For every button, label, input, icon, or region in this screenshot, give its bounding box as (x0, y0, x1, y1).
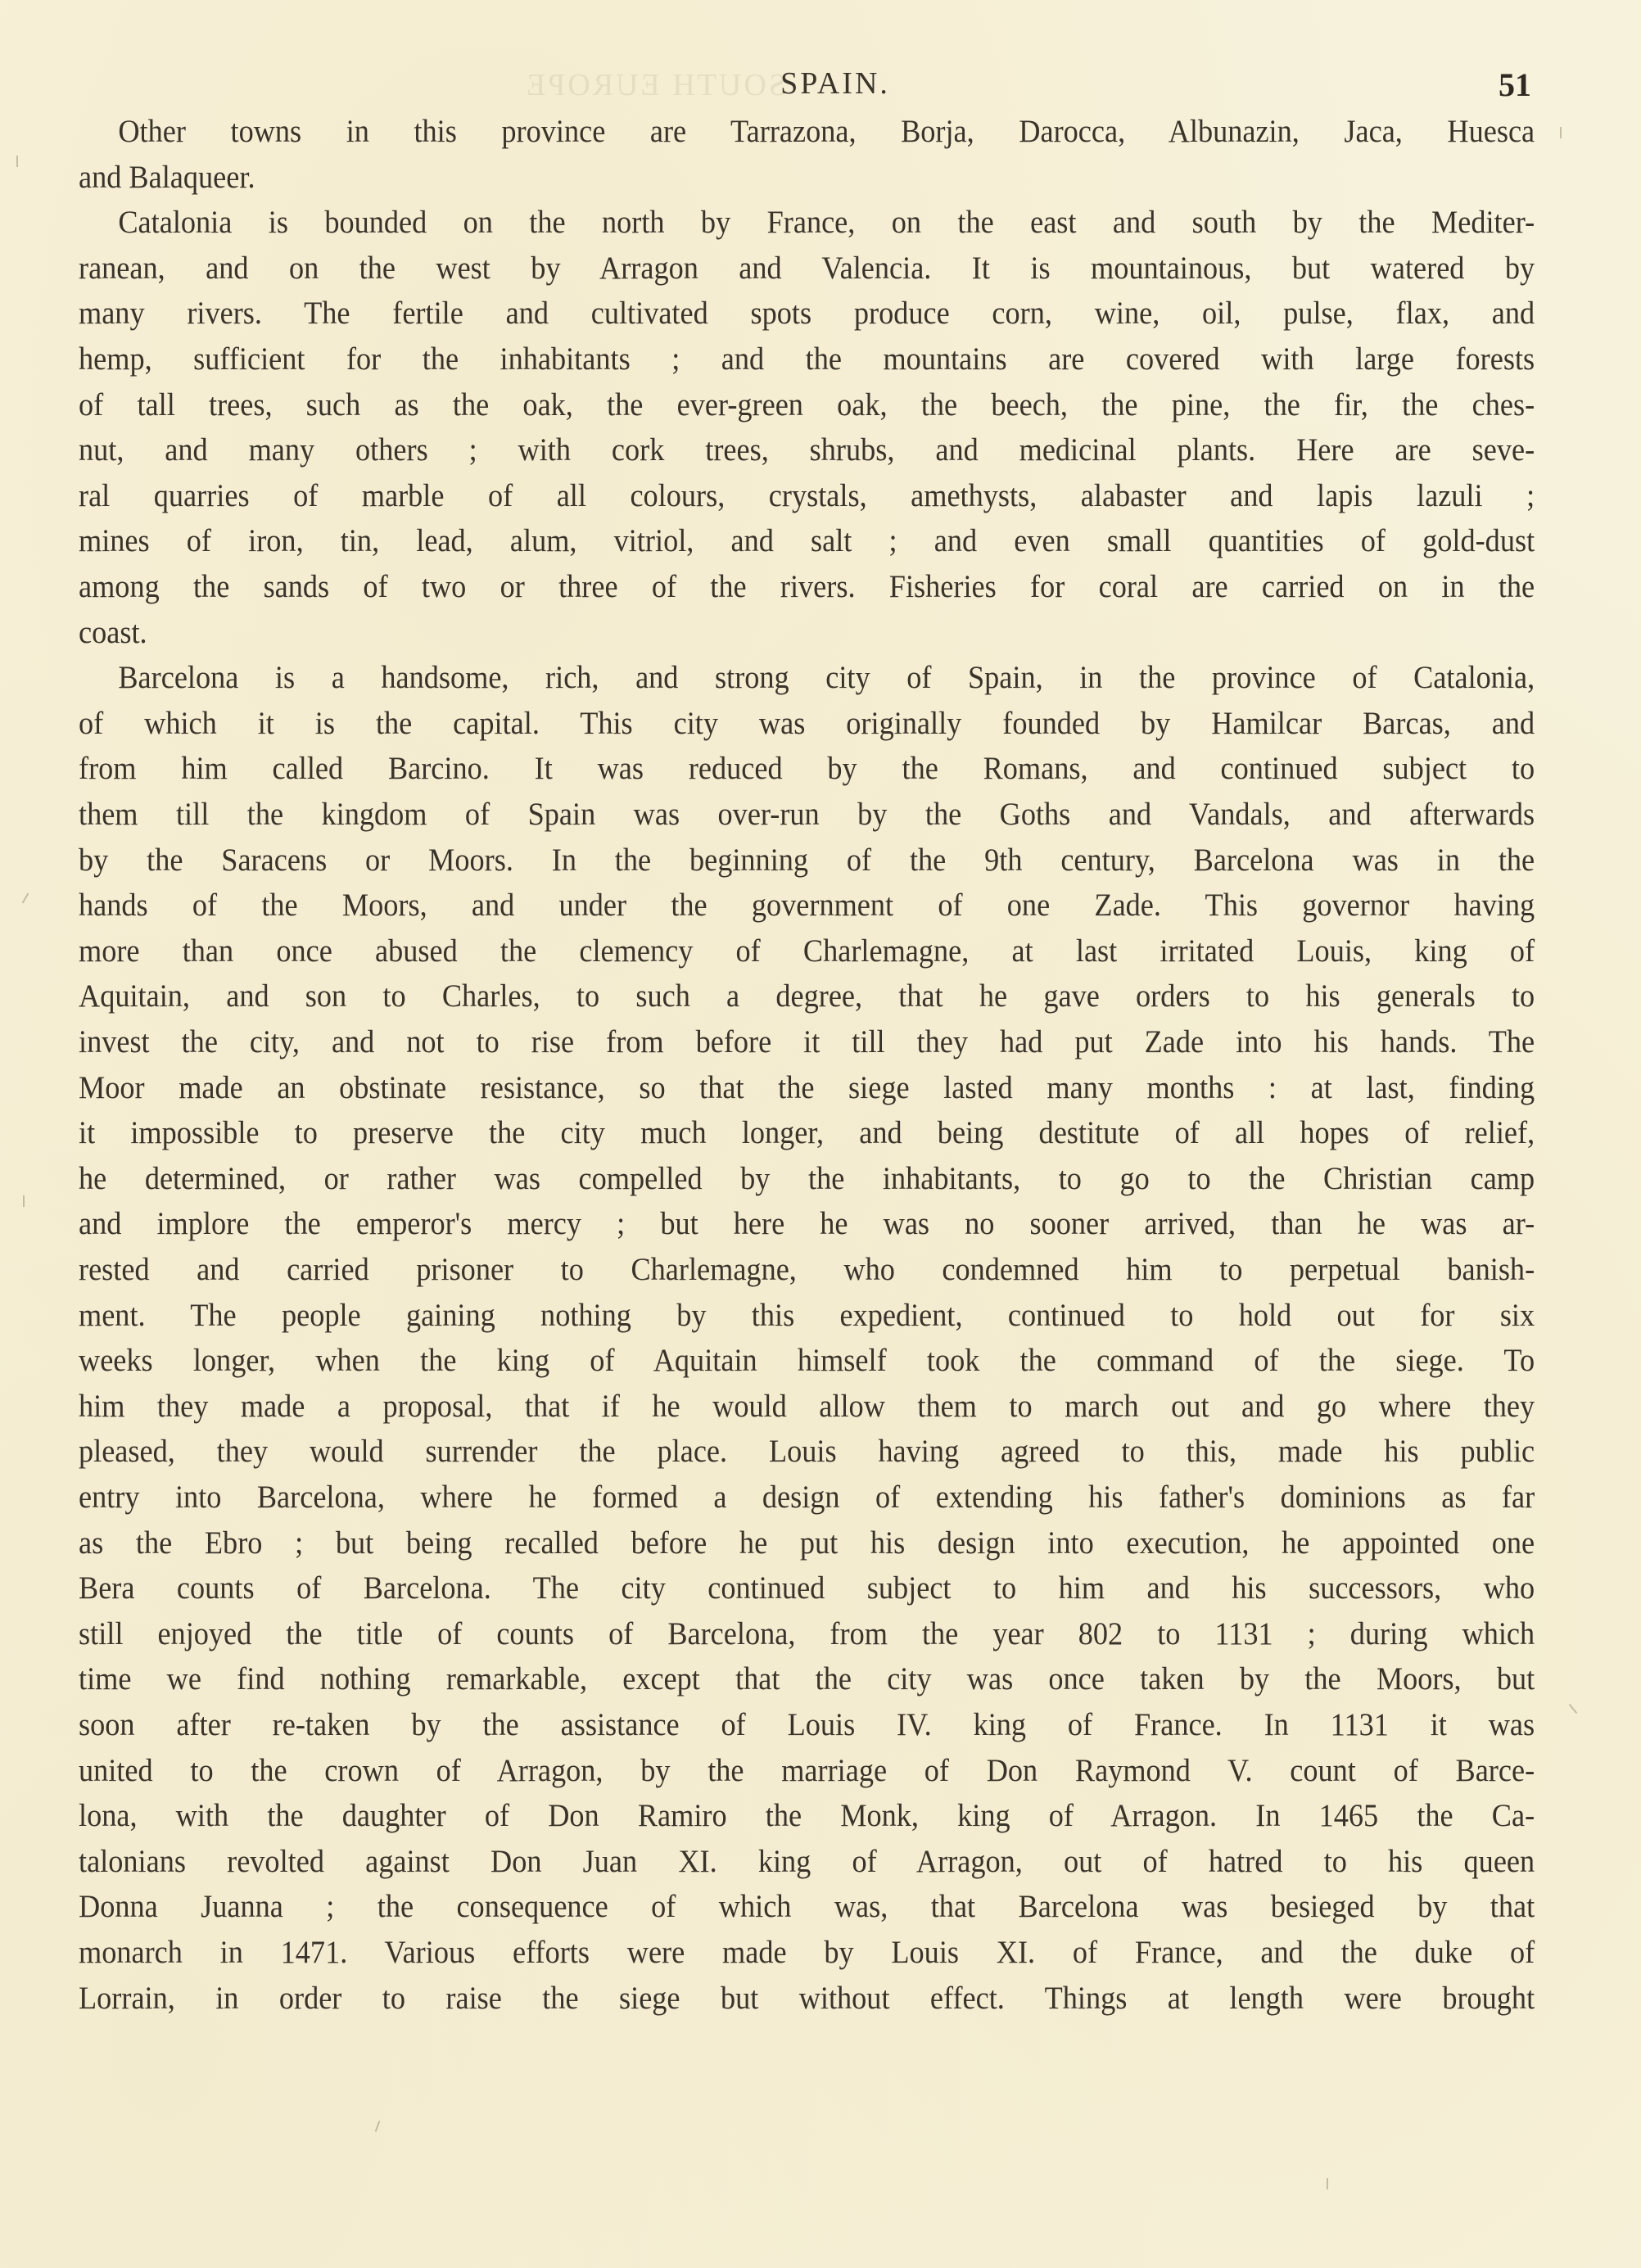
text-line: from him called Barcino. It was reduced … (79, 748, 1535, 790)
paper-speck (23, 1195, 25, 1207)
paper-speck (1327, 2178, 1328, 2189)
text-line: rested and carried prisoner to Charlemag… (79, 1249, 1535, 1291)
text-line: lona, with the daughter of Don Ramiro th… (79, 1795, 1535, 1837)
text-line: still enjoyed the title of counts of Bar… (79, 1613, 1535, 1656)
text-line: of tall trees, such as the oak, the ever… (79, 384, 1535, 427)
text-line: ment. The people gaining nothing by this… (79, 1294, 1535, 1337)
text-line: of which it is the capital. This city wa… (79, 703, 1535, 745)
paper-speck (375, 2121, 381, 2132)
text-line: more than once abused the clemency of Ch… (79, 930, 1535, 973)
paper-speck (16, 156, 18, 167)
text-line: Donna Juanna ; the consequence of which … (79, 1886, 1535, 1928)
paper-speck (22, 892, 29, 903)
text-line: Aquitain, and son to Charles, to such a … (79, 975, 1535, 1018)
running-head: SOUTH EUROPE SPAIN. 51 (0, 66, 1641, 115)
text-line: weeks longer, when the king of Aquitain … (79, 1340, 1535, 1382)
text-line: invest the city, and not to rise from be… (79, 1021, 1535, 1064)
text-line: Catalonia is bounded on the north by Fra… (79, 201, 1535, 244)
text-line: mines of iron, tin, lead, alum, vitriol,… (79, 520, 1535, 562)
text-line: many rivers. The fertile and cultivated … (79, 292, 1535, 335)
text-line: entry into Barcelona, where he formed a … (79, 1476, 1535, 1519)
text-line: talonians revolted against Don Juan XI. … (79, 1841, 1535, 1883)
text-line: Lorrain, in order to raise the siege but… (79, 1977, 1535, 2020)
text-line: among the sands of two or three of the r… (79, 566, 1535, 608)
text-line: them till the kingdom of Spain was over-… (79, 793, 1535, 836)
text-line: he determined, or rather was compelled b… (79, 1158, 1535, 1200)
text-line: Other towns in this province are Tarrazo… (79, 111, 1535, 153)
paper-speck (1560, 127, 1562, 138)
text-line: monarch in 1471. Various efforts were ma… (79, 1931, 1535, 1974)
text-line: soon after re-taken by the assistance of… (79, 1704, 1535, 1746)
text-line: hands of the Moors, and under the govern… (79, 884, 1535, 927)
page-number: 51 (1499, 66, 1531, 104)
text-line: nut, and many others ; with cork trees, … (79, 429, 1535, 472)
text-line: Moor made an obstinate resistance, so th… (79, 1067, 1535, 1109)
text-line: Barcelona is a handsome, rich, and stron… (79, 657, 1535, 699)
text-line: by the Saracens or Moors. In the beginni… (79, 839, 1535, 882)
text-line: and Balaqueer. (79, 156, 1535, 199)
paper-speck (1569, 1704, 1578, 1714)
text-line: ranean, and on the west by Arragon and V… (79, 247, 1535, 290)
text-line: coast. (79, 612, 1535, 654)
book-page: SOUTH EUROPE SPAIN. 51 Other towns in th… (0, 0, 1641, 2268)
text-line: time we find nothing remarkable, except … (79, 1658, 1535, 1701)
text-line: hemp, sufficient for the inhabitants ; a… (79, 338, 1535, 381)
text-line: pleased, they would surrender the place.… (79, 1430, 1535, 1473)
page-title: SPAIN. (721, 66, 950, 102)
text-line: it impossible to preserve the city much … (79, 1112, 1535, 1154)
text-line: him they made a proposal, that if he wou… (79, 1385, 1535, 1428)
text-line: united to the crown of Arragon, by the m… (79, 1750, 1535, 1792)
text-line: ral quarries of marble of all colours, c… (79, 475, 1535, 517)
text-line: and implore the emperor's mercy ; but he… (79, 1203, 1535, 1245)
text-line: Bera counts of Barcelona. The city conti… (79, 1567, 1535, 1610)
text-line: as the Ebro ; but being recalled before … (79, 1522, 1535, 1565)
